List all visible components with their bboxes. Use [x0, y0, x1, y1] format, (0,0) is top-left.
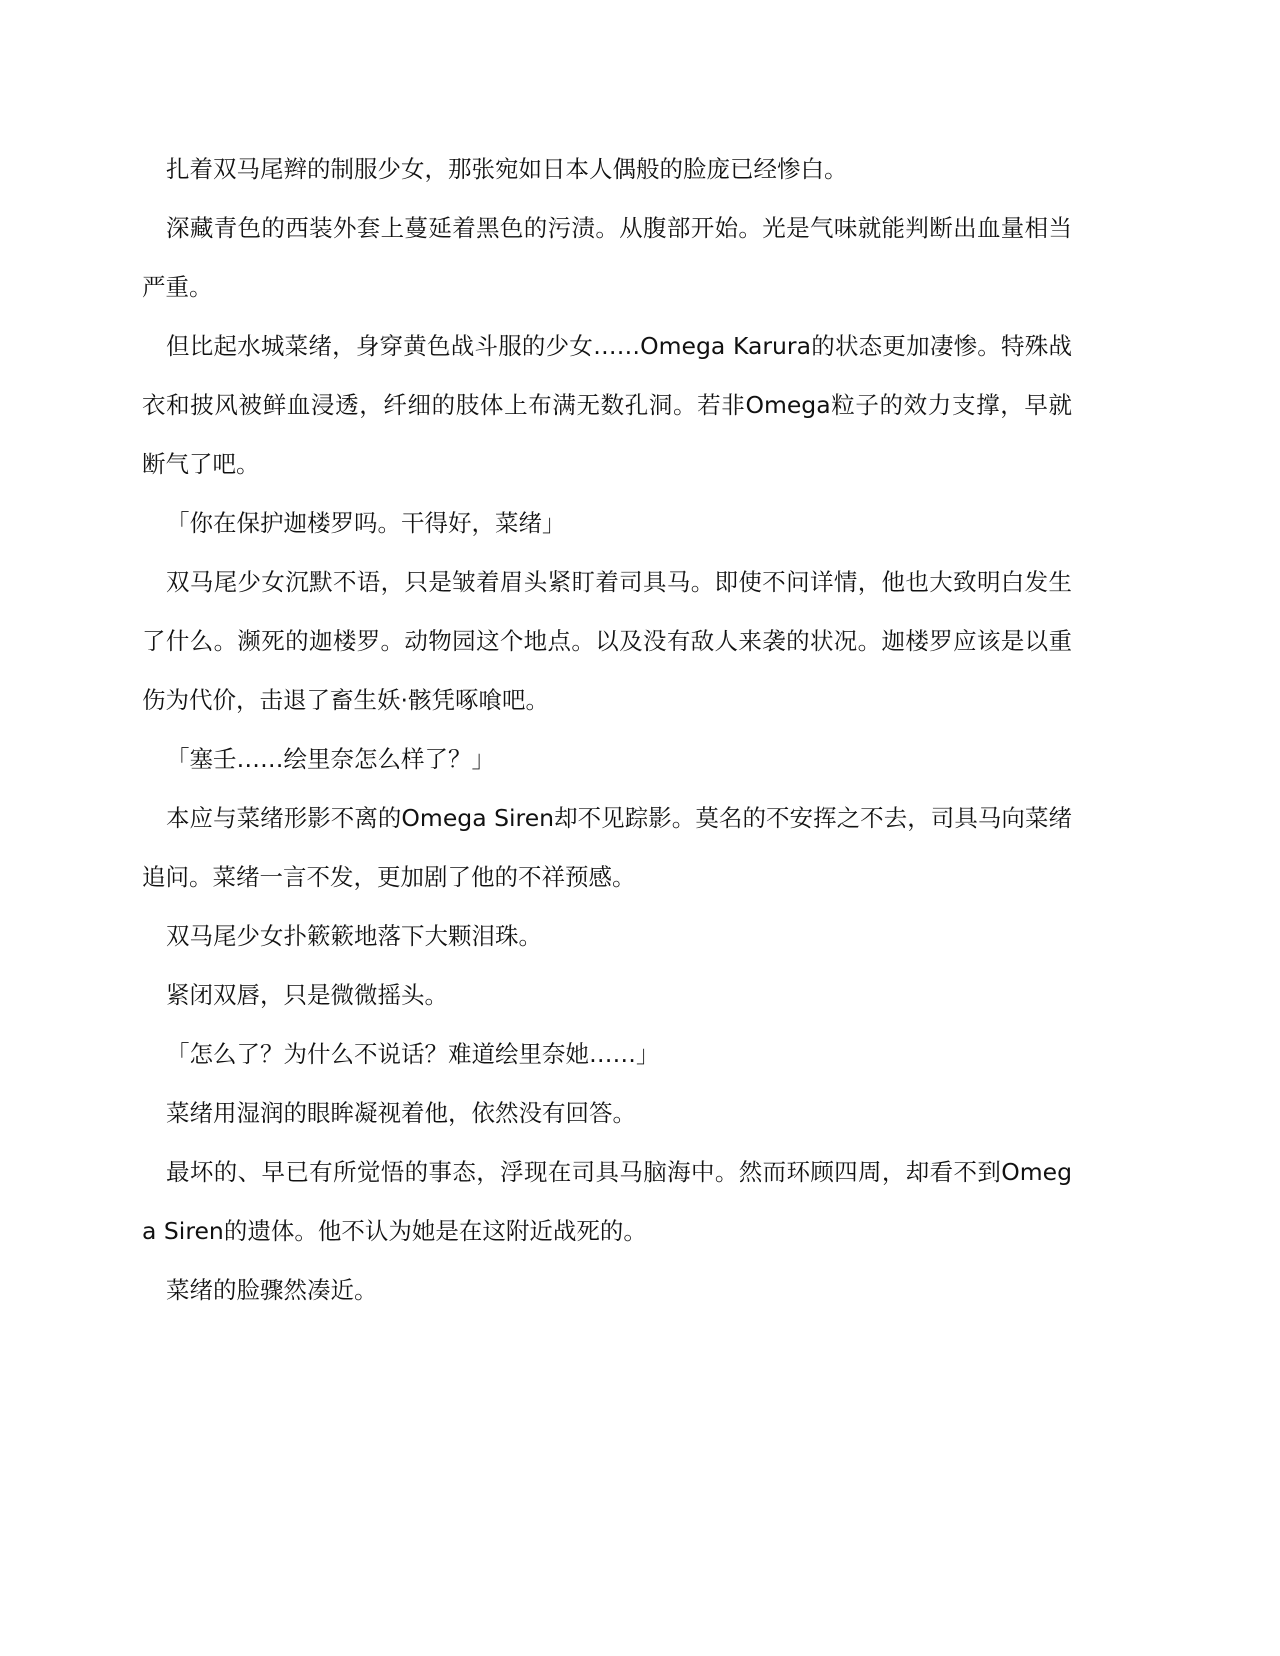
- paragraph-5: 双马尾少女沉默不语，只是皱着眉头紧盯着司具马。即使不问详情，他也大致明白发生了什…: [142, 553, 1072, 730]
- dialogue-1: 「你在保护迦楼罗吗。干得好，菜绪」: [142, 494, 1072, 553]
- paragraph-1: 扎着双马尾辫的制服少女，那张宛如日本人偶般的脸庞已经惨白。: [142, 140, 1072, 199]
- paragraph-8: 双马尾少女扑簌簌地落下大颗泪珠。: [142, 907, 1072, 966]
- paragraph-2: 深藏青色的西装外套上蔓延着黑色的污渍。从腹部开始。光是气味就能判断出血量相当严重…: [142, 199, 1072, 317]
- paragraph-13: 菜绪的脸骤然凑近。: [142, 1261, 1072, 1320]
- dialogue-3: 「怎么了？为什么不说话？难道绘里奈她……」: [142, 1025, 1072, 1084]
- paragraph-9: 紧闭双唇，只是微微摇头。: [142, 966, 1072, 1025]
- paragraph-12: 最坏的、早已有所觉悟的事态，浮现在司具马脑海中。然而环顾四周，却看不到Omega…: [142, 1143, 1072, 1261]
- paragraph-3: 但比起水城菜绪，身穿黄色战斗服的少女……Omega Karura的状态更加凄惨。…: [142, 317, 1072, 494]
- dialogue-2: 「塞壬……绘里奈怎么样了？」: [142, 730, 1072, 789]
- paragraph-11: 菜绪用湿润的眼眸凝视着他，依然没有回答。: [142, 1084, 1072, 1143]
- document-page: 扎着双马尾辫的制服少女，那张宛如日本人偶般的脸庞已经惨白。 深藏青色的西装外套上…: [142, 140, 1072, 1320]
- paragraph-7: 本应与菜绪形影不离的Omega Siren却不见踪影。莫名的不安挥之不去，司具马…: [142, 789, 1072, 907]
